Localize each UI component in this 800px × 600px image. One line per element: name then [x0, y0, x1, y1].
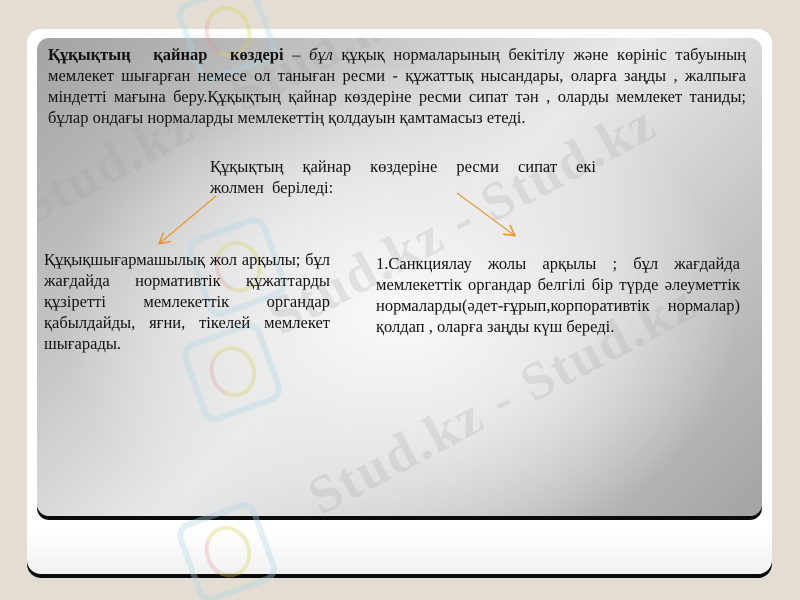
definition-italic-word: бұл [309, 45, 333, 64]
slide-stage: Stud.kz - Stud.kz Stud.kz - Stud.kz Stud… [0, 0, 800, 600]
definition-paragraph: Құқықтың қайнар көздері – бұл құқық норм… [48, 44, 746, 128]
law-making-branch: Құқықшығармашылық жол арқылы; бұл жағдай… [44, 249, 330, 354]
two-ways-caption: Құқықтың қайнар көздеріне ресми сипат ек… [210, 156, 596, 198]
sanctioning-branch: 1.Санкциялау жолы арқылы ; бұл жағдайда … [376, 253, 740, 337]
definition-term: Құқықтың қайнар көздері [48, 45, 284, 64]
definition-dash: – [284, 45, 309, 64]
